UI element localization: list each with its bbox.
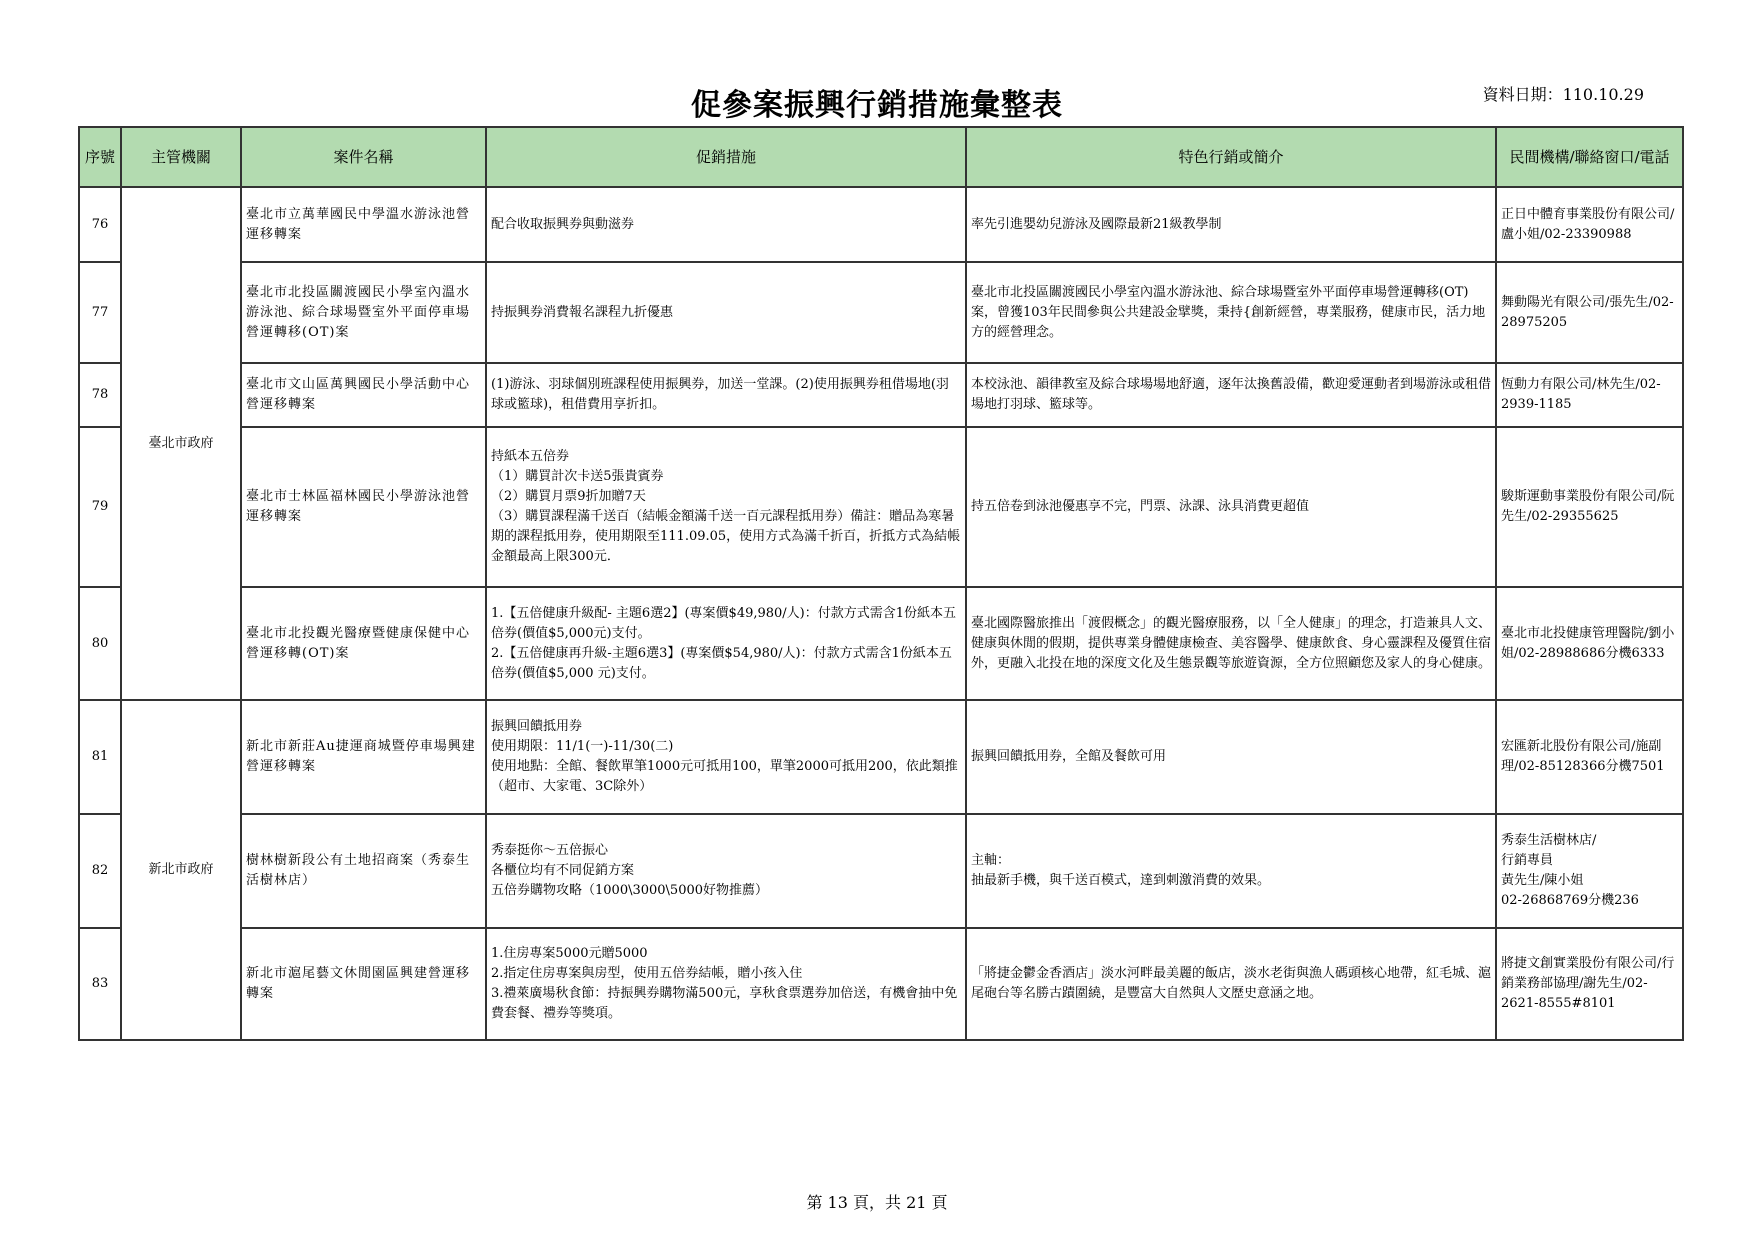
table-row: 82 樹林樹新段公有土地招商案（秀泰生活樹林店） 秀泰挺你～五倍振心 各櫃位均有… (79, 814, 1683, 928)
table-header-row: 序號 主管機關 案件名稱 促銷措施 特色行銷或簡介 民間機構/聯絡窗口/電話 (79, 127, 1683, 187)
table-row: 81 新北市政府 新北市新莊Au捷運商城暨停車場興建營運移轉案 振興回饋抵用券 … (79, 700, 1683, 814)
agency-cell: 臺北市政府 (121, 187, 241, 700)
project-name: 新北市滬尾藝文休閒園區興建營運移轉案 (241, 928, 486, 1040)
project-name: 新北市新莊Au捷運商城暨停車場興建營運移轉案 (241, 700, 486, 814)
col-header-agency: 主管機關 (121, 127, 241, 187)
project-name: 臺北市文山區萬興國民小學活動中心營運移轉案 (241, 363, 486, 427)
feature-intro: 臺北市北投區關渡國民小學室內溫水游泳池、綜合球場暨室外平面停車場營運轉移(OT)… (966, 262, 1496, 363)
project-name: 臺北市北投區關渡國民小學室內溫水游泳池、綜合球場暨室外平面停車場營運轉移(OT)… (241, 262, 486, 363)
project-name: 臺北市北投觀光醫療暨健康保健中心營運移轉(OT)案 (241, 587, 486, 700)
agency-cell: 新北市政府 (121, 700, 241, 1040)
table-row: 76 臺北市政府 臺北市立萬華國民中學溫水游泳池營運移轉案 配合收取振興券與動滋… (79, 187, 1683, 262)
contact-info: 正日中體育事業股份有限公司/盧小姐/02-23390988 (1496, 187, 1683, 262)
contact-info: 恆動力有限公司/林先生/02-2939-1185 (1496, 363, 1683, 427)
promo-measures: 持紙本五倍券 （1）購買計次卡送5張貴賓券 （2）購買月票9折加贈7天 （3）購… (486, 427, 966, 587)
promo-measures: (1)游泳、羽球個別班課程使用振興券，加送一堂課。(2)使用振興券租借場地(羽球… (486, 363, 966, 427)
promo-measures: 1.【五倍健康升級配- 主題6選2】(專案價$49,980/人)：付款方式需含1… (486, 587, 966, 700)
promotion-table: 序號 主管機關 案件名稱 促銷措施 特色行銷或簡介 民間機構/聯絡窗口/電話 7… (78, 126, 1684, 1041)
contact-info: 秀泰生活樹林店/ 行銷專員 黃先生/陳小姐 02-26868769分機236 (1496, 814, 1683, 928)
table-row: 77 臺北市北投區關渡國民小學室內溫水游泳池、綜合球場暨室外平面停車場營運轉移(… (79, 262, 1683, 363)
col-header-project: 案件名稱 (241, 127, 486, 187)
contact-info: 舞動陽光有限公司/張先生/02-28975205 (1496, 262, 1683, 363)
feature-intro: 「將捷金鬱金香酒店」淡水河畔最美麗的飯店，淡水老街與漁人碼頭核心地帶，紅毛城、滬… (966, 928, 1496, 1040)
row-no: 76 (79, 187, 121, 262)
feature-intro: 振興回饋抵用券，全館及餐飲可用 (966, 700, 1496, 814)
feature-intro: 率先引進嬰幼兒游泳及國際最新21級教學制 (966, 187, 1496, 262)
row-no: 78 (79, 363, 121, 427)
feature-intro: 主軸： 抽最新手機，與千送百模式，達到刺激消費的效果。 (966, 814, 1496, 928)
col-header-contact: 民間機構/聯絡窗口/電話 (1496, 127, 1683, 187)
row-no: 77 (79, 262, 121, 363)
row-no: 81 (79, 700, 121, 814)
promo-measures: 配合收取振興券與動滋券 (486, 187, 966, 262)
contact-info: 駿斯運動事業股份有限公司/阮先生/02-29355625 (1496, 427, 1683, 587)
table-row: 78 臺北市文山區萬興國民小學活動中心營運移轉案 (1)游泳、羽球個別班課程使用… (79, 363, 1683, 427)
feature-intro: 本校泳池、韻律教室及綜合球場場地舒適，逐年汰換舊設備，歡迎愛運動者到場游泳或租借… (966, 363, 1496, 427)
col-header-promo: 促銷措施 (486, 127, 966, 187)
promo-measures: 持振興券消費報名課程九折優惠 (486, 262, 966, 363)
table-row: 80 臺北市北投觀光醫療暨健康保健中心營運移轉(OT)案 1.【五倍健康升級配-… (79, 587, 1683, 700)
feature-intro: 臺北國際醫旅推出「渡假概念」的觀光醫療服務，以「全人健康」的理念，打造兼具人文、… (966, 587, 1496, 700)
table-row: 83 新北市滬尾藝文休閒園區興建營運移轉案 1.住房專案5000元贈5000 2… (79, 928, 1683, 1040)
row-no: 79 (79, 427, 121, 587)
row-no: 82 (79, 814, 121, 928)
col-header-intro: 特色行銷或簡介 (966, 127, 1496, 187)
row-no: 83 (79, 928, 121, 1040)
data-date: 資料日期：110.10.29 (1483, 82, 1644, 105)
promo-measures: 秀泰挺你～五倍振心 各櫃位均有不同促銷方案 五倍券購物攻略（1000\3000\… (486, 814, 966, 928)
feature-intro: 持五倍卷到泳池優惠享不完，門票、泳課、泳具消費更超值 (966, 427, 1496, 587)
project-name: 臺北市士林區福林國民小學游泳池營運移轉案 (241, 427, 486, 587)
contact-info: 將捷文創實業股份有限公司/行銷業務部協理/謝先生/02-2621-8555#81… (1496, 928, 1683, 1040)
contact-info: 臺北市北投健康管理醫院/劉小姐/02-28988686分機6333 (1496, 587, 1683, 700)
promo-measures: 1.住房專案5000元贈5000 2.指定住房專案與房型，使用五倍券結帳，贈小孩… (486, 928, 966, 1040)
row-no: 80 (79, 587, 121, 700)
project-name: 樹林樹新段公有土地招商案（秀泰生活樹林店） (241, 814, 486, 928)
table-row: 79 臺北市士林區福林國民小學游泳池營運移轉案 持紙本五倍券 （1）購買計次卡送… (79, 427, 1683, 587)
page-number: 第 13 頁，共 21 頁 (0, 1190, 1754, 1213)
contact-info: 宏匯新北股份有限公司/施副理/02-85128366分機7501 (1496, 700, 1683, 814)
project-name: 臺北市立萬華國民中學溫水游泳池營運移轉案 (241, 187, 486, 262)
col-header-no: 序號 (79, 127, 121, 187)
promo-measures: 振興回饋抵用券 使用期限：11/1(一)-11/30(二) 使用地點：全館、餐飲… (486, 700, 966, 814)
